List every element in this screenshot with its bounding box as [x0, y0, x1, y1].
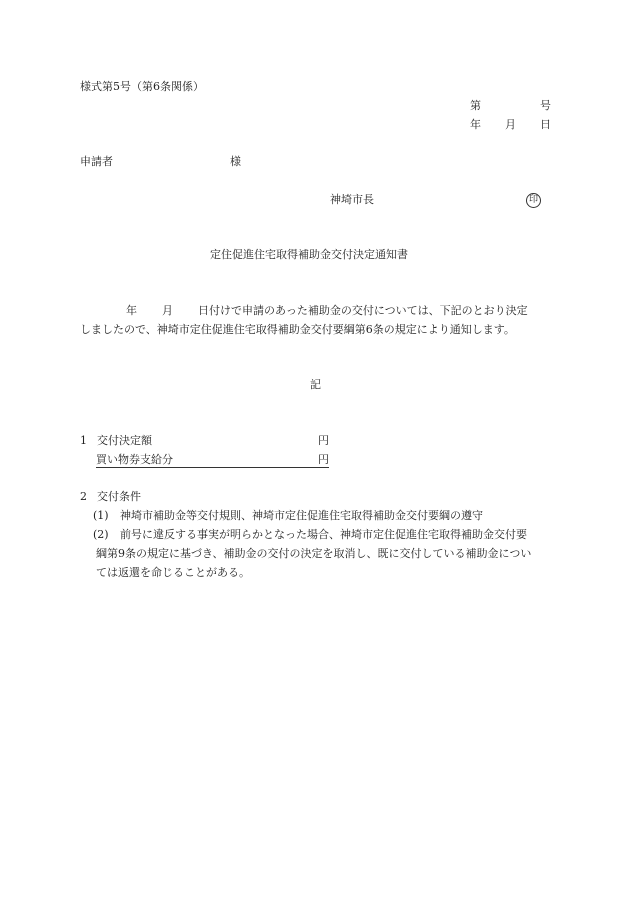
section1-unit: 円	[318, 434, 329, 448]
doc-number-prefix: 第	[470, 99, 481, 113]
date-year: 年	[470, 118, 481, 132]
section1-label: 交付決定額	[97, 434, 152, 448]
section1-sub-row: 買い物券支給分 円	[96, 453, 329, 468]
condition-2-line2: 綱第9条の規定に基づき、補助金の交付の決定を取消し、既に交付している補助金につい	[96, 547, 531, 561]
body-line2: しましたので、神埼市定住促進住宅取得補助金交付要綱第6条の規定により通知します。	[80, 323, 515, 337]
ki-heading: 記	[310, 378, 321, 392]
section1-sub-unit: 円	[318, 453, 329, 467]
condition-2-num: (2)	[93, 528, 109, 542]
applicant-label: 申請者	[80, 155, 113, 169]
date-day: 日	[540, 118, 551, 132]
section1-num: 1	[80, 434, 87, 448]
section2-label: 交付条件	[97, 490, 141, 504]
date-month: 月	[505, 118, 516, 132]
section1-sub-label: 買い物券支給分	[96, 453, 173, 466]
doc-number-suffix: 号	[540, 99, 551, 113]
condition-1-num: (1)	[93, 509, 109, 523]
section2-num: 2	[80, 490, 87, 504]
seal-icon: 印	[526, 192, 541, 208]
form-label: 様式第5号（第6条関係）	[80, 80, 204, 94]
issuer-name: 神埼市長	[330, 193, 374, 207]
body-line1: 日付けで申請のあった補助金の交付については、下記のとおり決定	[198, 304, 528, 318]
body-year: 年	[126, 304, 137, 318]
condition-1-text: 神埼市補助金等交付規則、神埼市定住促進住宅取得補助金交付要綱の遵守	[120, 509, 483, 523]
applicant-honorific: 様	[230, 155, 241, 169]
body-month: 月	[162, 304, 173, 318]
document-title: 定住促進住宅取得補助金交付決定通知書	[210, 248, 408, 262]
condition-2-line1: 前号に違反する事実が明らかとなった場合、神埼市定住促進住宅取得補助金交付要	[120, 528, 527, 542]
condition-2-line3: ては返還を命じることがある。	[96, 566, 250, 580]
